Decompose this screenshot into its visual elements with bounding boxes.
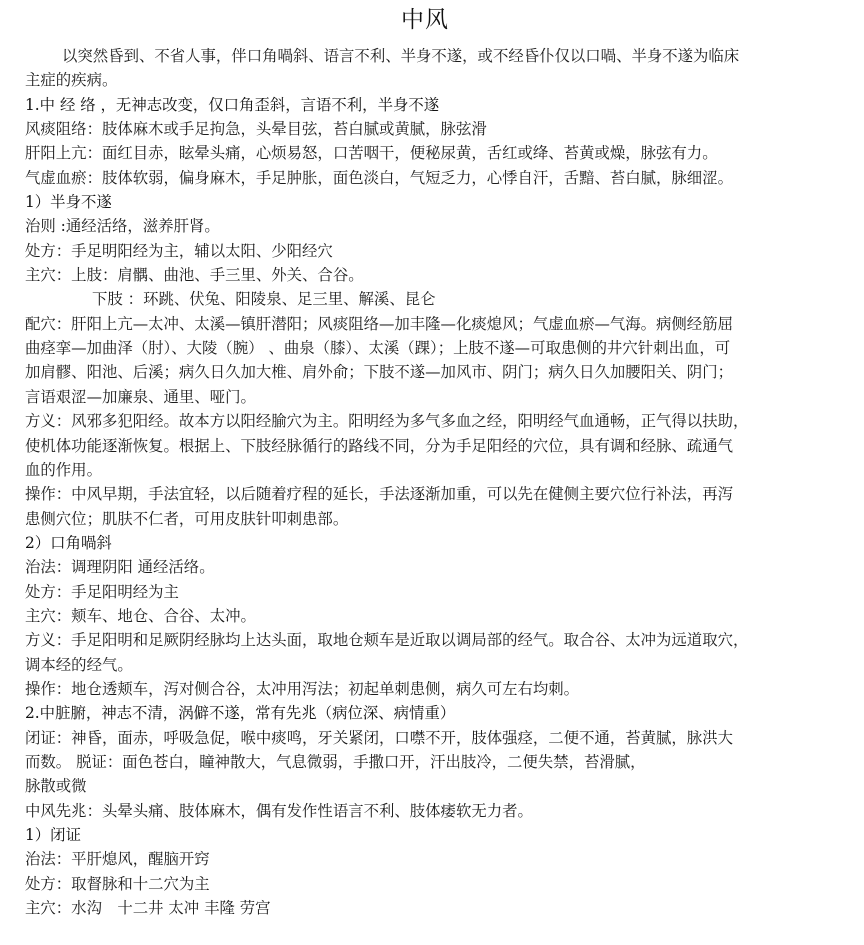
text-line: 中风先兆：头晕头痛、肢体麻木，偶有发作性语言不利、肢体痿软无力者。 xyxy=(25,799,825,823)
text-line: 以突然昏到、不省人事，伴口角喎斜、语言不利、半身不遂，或不经昏仆仅以口喎、半身不… xyxy=(25,44,825,68)
text-line: 处方：手足阳明经为主 xyxy=(25,580,825,604)
text-line: 肝阳上亢：面红目赤，眩晕头痛，心烦易怒，口苦咽干，便秘尿黄，舌红或绛、苔黄或燥，… xyxy=(25,141,825,165)
text-line: 操作：中风早期，手法宜轻，以后随着疗程的延长，手法逐渐加重，可以先在健侧主要穴位… xyxy=(25,482,825,506)
text-line: 而数。 脱证：面色苍白，瞳神散大，气息微弱，手撒口开，汗出肢冷，二便失禁，苔滑腻… xyxy=(25,750,825,774)
text-line: 下肢 ：环跳、伏兔、阳陵泉、足三里、解溪、昆仑 xyxy=(25,287,825,311)
text-line: 治法：调理阴阳 通经活络。 xyxy=(25,555,825,579)
text-line: 处方：手足明阳经为主，辅以太阳、少阳经穴 xyxy=(25,239,825,263)
text-line: 方义：风邪多犯阳经。故本方以阳经腧穴为主。阳明经为多气多血之经，阳明经气血通畅，… xyxy=(25,409,825,433)
text-line: 血的作用。 xyxy=(25,458,825,482)
document-body: 以突然昏到、不省人事，伴口角喎斜、语言不利、半身不遂，或不经昏仆仅以口喎、半身不… xyxy=(25,44,825,920)
document-page: 中风 以突然昏到、不省人事，伴口角喎斜、语言不利、半身不遂，或不经昏仆仅以口喎、… xyxy=(0,0,864,945)
text-line: 调本经的经气。 xyxy=(25,653,825,677)
text-line: 配穴：肝阳上亢—太冲、太溪—镇肝潜阳；风痰阻络—加丰隆—化痰熄风；气虚血瘀—气海… xyxy=(25,312,825,336)
text-line: 治法：平肝熄风，醒脑开窍 xyxy=(25,847,825,871)
section-heading: 2）口角喎斜 xyxy=(25,531,825,555)
section-heading: 2.中脏腑，神志不清，涡僻不遂，常有先兆（病位深、病情重） xyxy=(25,701,825,725)
text-line: 处方：取督脉和十二穴为主 xyxy=(25,872,825,896)
text-line: 曲痉挛—加曲泽（肘）、大陵（腕） 、曲泉（膝）、太溪（踝）；上肢不遂—可取患侧的… xyxy=(25,336,825,360)
text-line: 治则 :通经活络，滋养肝肾。 xyxy=(25,214,825,238)
section-heading: 1）半身不遂 xyxy=(25,190,825,214)
text-line: 患侧穴位；肌肤不仁者，可用皮肤针叩刺患部。 xyxy=(25,507,825,531)
text-line: 主穴：水沟 十二井 太冲 丰隆 劳宫 xyxy=(25,896,825,920)
text-line: 加肩髎、阳池、后溪；病久日久加大椎、肩外俞；下肢不遂—加风市、阴门；病久日久加腰… xyxy=(25,360,825,384)
text-line: 主穴：上肢：肩髃、曲池、手三里、外关、合谷。 xyxy=(25,263,825,287)
text-line: 主症的疾病。 xyxy=(25,68,825,92)
text-line: 气虚血瘀：肢体软弱，偏身麻木，手足肿胀，面色淡白，气短乏力，心悸自汗，舌黯、苔白… xyxy=(25,166,825,190)
section-heading: 1）闭证 xyxy=(25,823,825,847)
section-heading: 1.中 经 络 ，无神志改变，仅口角歪斜，言语不利，半身不遂 xyxy=(25,93,825,117)
document-title: 中风 xyxy=(0,6,850,34)
text-line: 使机体功能逐渐恢复。根据上、下肢经脉循行的路线不同，分为手足阳经的穴位，具有调和… xyxy=(25,434,825,458)
text-line: 操作：地仓透颊车，泻对侧合谷，太冲用泻法；初起单刺患侧，病久可左右均刺。 xyxy=(25,677,825,701)
text-line: 闭证：神昏，面赤，呼吸急促，喉中痰鸣，牙关紧闭，口噤不开，肢体强痉，二便不通，苔… xyxy=(25,726,825,750)
text-line: 言语艰涩—加廉泉、通里、哑门。 xyxy=(25,385,825,409)
text-line: 脉散或微 xyxy=(25,774,825,798)
text-line: 风痰阻络：肢体麻木或手足拘急，头晕目弦，苔白腻或黄腻，脉弦滑 xyxy=(25,117,825,141)
text-line: 方义：手足阳明和足厥阴经脉均上达头面，取地仓颊车是近取以调局部的经气。取合谷、太… xyxy=(25,628,825,652)
text-line: 主穴：颊车、地仓、合谷、太冲。 xyxy=(25,604,825,628)
